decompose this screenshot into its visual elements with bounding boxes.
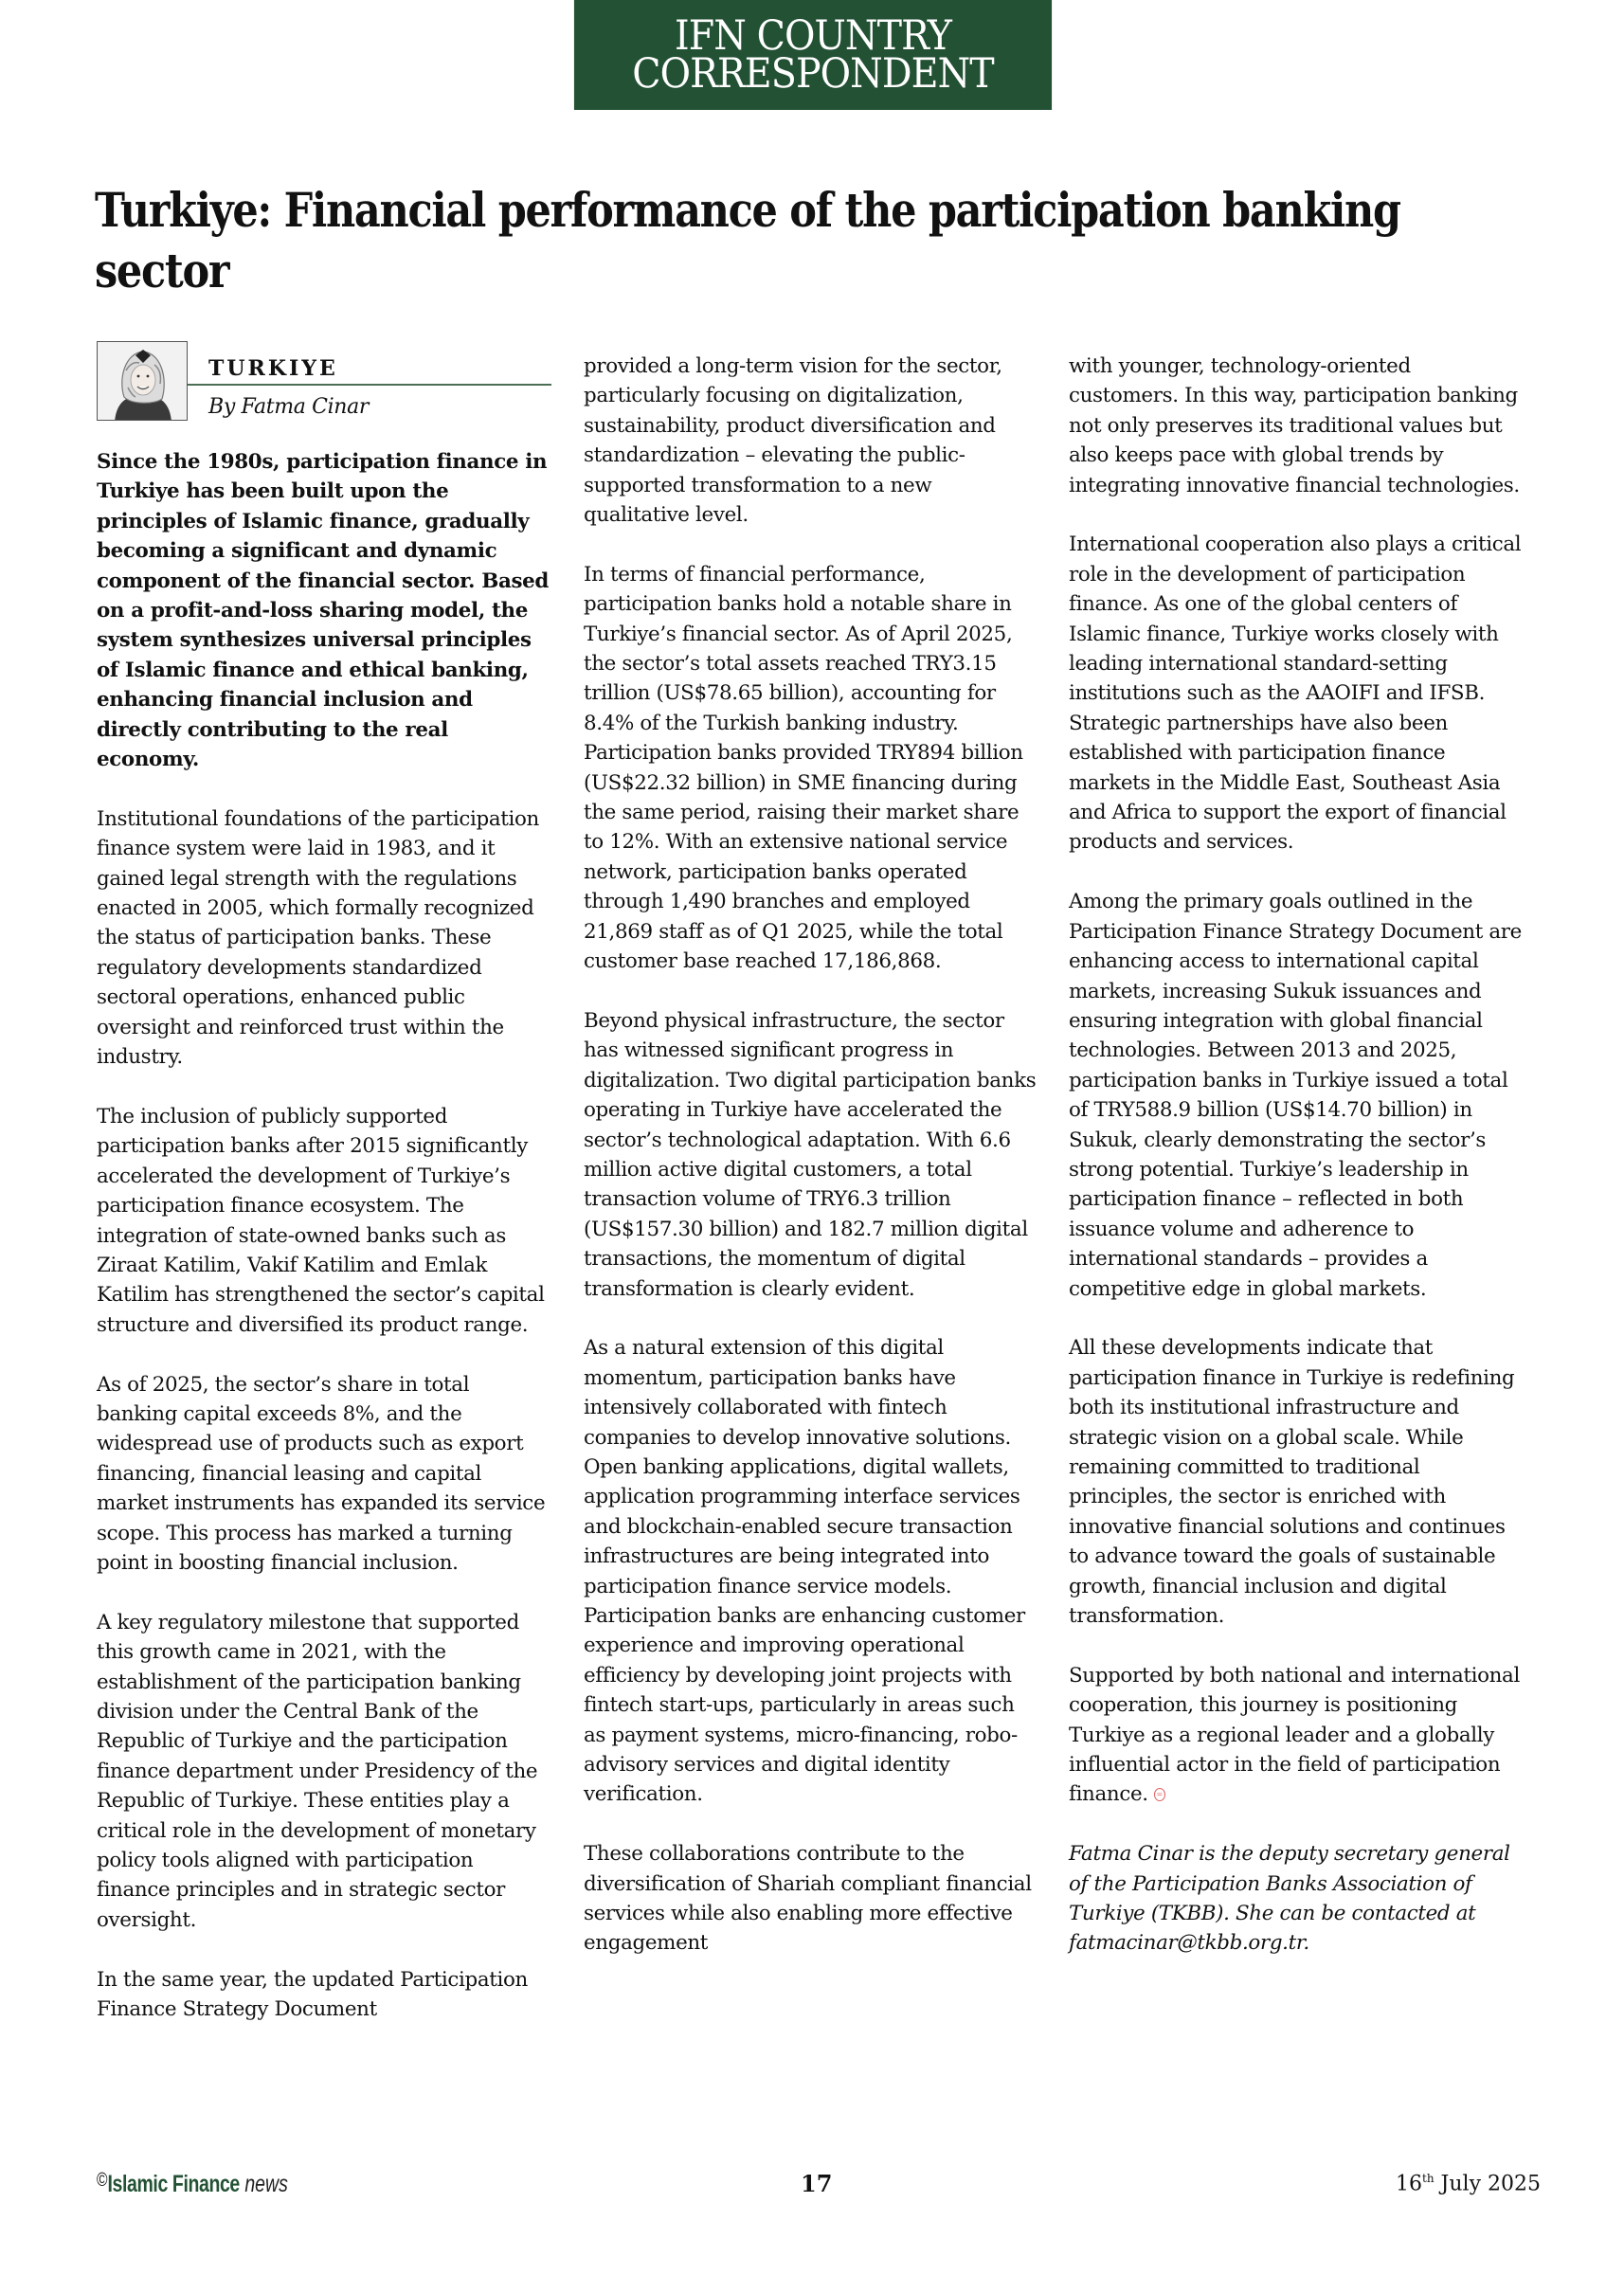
brand-suffix: news [244,2171,288,2197]
brand-name: Islamic Finance [108,2171,240,2197]
body-paragraph: Institutional foundations of the partici… [97,804,551,1073]
page-number: 17 [801,2170,832,2197]
publication-brand: ©Islamic Finance news [97,2170,288,2198]
body-paragraph: As a natural extension of this digital m… [584,1333,1038,1810]
body-paragraph: Beyond physical infrastructure, the sect… [584,1006,1038,1304]
date-ordinal: th [1422,2172,1435,2185]
body-paragraph: All these developments indicate that par… [1069,1333,1524,1631]
body-paragraph: These collaborations contribute to the d… [584,1839,1038,1959]
body-paragraph: In terms of financial performance, parti… [584,560,1038,977]
article-headline: Turkiye: Financial performance of the pa… [95,180,1529,301]
region-label: TURKIYE [208,354,338,384]
body-paragraph: Among the primary goals outlined in the … [1069,887,1524,1304]
body-paragraph: provided a long-term vision for the sect… [584,352,1038,530]
body-paragraph: with younger, technology-oriented custom… [1069,352,1524,500]
body-paragraph: In the same year, the updated Participat… [97,1965,551,2025]
article-column-3: with younger, technology-oriented custom… [1069,352,1524,1988]
article-column-1: TURKIYE By Fatma Cinar Since the 1980s, … [97,341,551,2054]
banner-line-2: CORRESPONDENT [574,55,1052,93]
date-day: 16 [1396,2172,1422,2195]
closing-paragraph: Supported by both national and internati… [1069,1661,1524,1810]
issue-date: 16th July 2025 [1396,2172,1541,2195]
article-column-2: provided a long-term vision for the sect… [584,352,1038,1988]
body-paragraph: International cooperation also plays a c… [1069,530,1524,857]
lead-paragraph: Since the 1980s, participation finance i… [97,447,551,774]
author-block: TURKIYE By Fatma Cinar [97,341,551,447]
byline-divider [188,384,551,386]
author-photo [97,341,188,421]
end-of-article-icon: = [1154,1788,1165,1801]
section-banner: IFN COUNTRY CORRESPONDENT [574,0,1052,110]
copyright-icon: © [97,2170,108,2191]
author-byline: By Fatma Cinar [208,392,369,422]
author-bio: Fatma Cinar is the deputy secretary gene… [1069,1839,1524,1959]
body-paragraph: The inclusion of publicly supported part… [97,1102,551,1340]
author-portrait-icon [98,342,188,421]
closing-text: Supported by both national and internati… [1069,1664,1520,1807]
banner-line-1: IFN COUNTRY [574,17,1052,55]
date-month-year: July 2025 [1435,2172,1541,2195]
body-paragraph: As of 2025, the sector’s share in total … [97,1370,551,1579]
body-paragraph: A key regulatory milestone that supporte… [97,1608,551,1935]
page-footer: ©Islamic Finance news 17 16th July 2025 [0,2170,1624,2208]
